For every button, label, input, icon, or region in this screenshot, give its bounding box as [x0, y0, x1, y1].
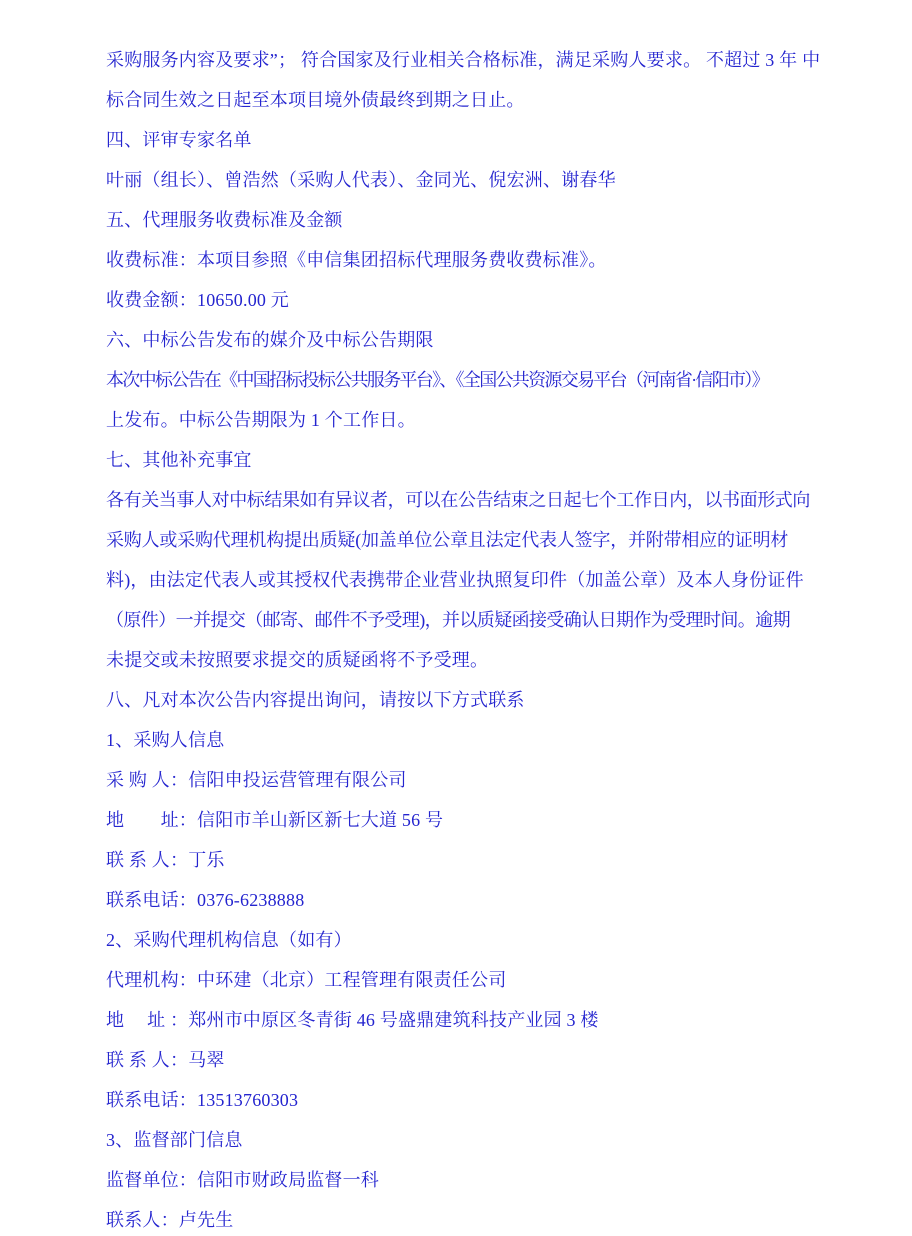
text-line: 采购人或采购代理机构提出质疑(加盖单位公章且法定代表人签字，并附带相应的证明材 [106, 520, 822, 560]
text-line: 叶丽（组长）、曾浩然（采购人代表）、金同光、倪宏洲、谢春华 [106, 160, 822, 200]
text-line: 六、中标公告发布的媒介及中标公告期限 [106, 320, 822, 360]
text-line: 1、采购人信息 [106, 720, 822, 760]
text-line: 各有关当事人对中标结果如有异议者，可以在公告结束之日起七个工作日内，以书面形式向 [106, 480, 822, 520]
text-line: 联 系 人：丁乐 [106, 840, 822, 880]
text-line: 地 址 ：郑州市中原区冬青街 46 号盛鼎建筑科技产业园 3 楼 [106, 1000, 822, 1040]
text-line: （原件）一并提交（邮寄、邮件不予受理)，并以质疑函接受确认日期作为受理时间。逾期 [106, 600, 822, 640]
text-line: 标合同生效之日起至本项目境外债最终到期之日止。 [106, 80, 822, 120]
text-line: 3、监督部门信息 [106, 1120, 822, 1160]
document-page: 采购服务内容及要求”； 符合国家及行业相关合格标准，满足采购人要求。 不超过 3… [0, 0, 912, 1236]
text-line: 收费金额：10650.00 元 [106, 280, 822, 320]
text-line: 上发布。中标公告期限为 1 个工作日。 [106, 400, 822, 440]
text-line: 2、采购代理机构信息（如有） [106, 920, 822, 960]
text-line: 监督单位：信阳市财政局监督一科 [106, 1160, 822, 1200]
text-line: 采 购 人：信阳申投运营管理有限公司 [106, 760, 822, 800]
text-line: 采购服务内容及要求”； 符合国家及行业相关合格标准，满足采购人要求。 不超过 3… [106, 40, 822, 80]
text-line: 五、代理服务收费标准及金额 [106, 200, 822, 240]
text-line: 料)，由法定代表人或其授权代表携带企业营业执照复印件（加盖公章）及本人身份证件 [106, 560, 822, 600]
text-line: 本次中标公告在《中国招标投标公共服务平台》、《全国公共资源交易平台（河南省·信阳… [106, 360, 822, 400]
text-line: 地 址：信阳市羊山新区新七大道 56 号 [106, 800, 822, 840]
text-line: 代理机构：中环建（北京）工程管理有限责任公司 [106, 960, 822, 1000]
text-line: 四、评审专家名单 [106, 120, 822, 160]
text-line: 七、其他补充事宜 [106, 440, 822, 480]
text-line: 未提交或未按照要求提交的质疑函将不予受理。 [106, 640, 822, 680]
text-line: 收费标准：本项目参照《申信集团招标代理服务费收费标准》。 [106, 240, 822, 280]
text-line: 联系电话：0376-6238888 [106, 880, 822, 920]
text-line: 联系电话：13513760303 [106, 1080, 822, 1120]
text-line: 联 系 人：马翠 [106, 1040, 822, 1080]
text-line: 八、凡对本次公告内容提出询问，请按以下方式联系 [106, 680, 822, 720]
text-line: 联系人：卢先生 [106, 1200, 822, 1236]
